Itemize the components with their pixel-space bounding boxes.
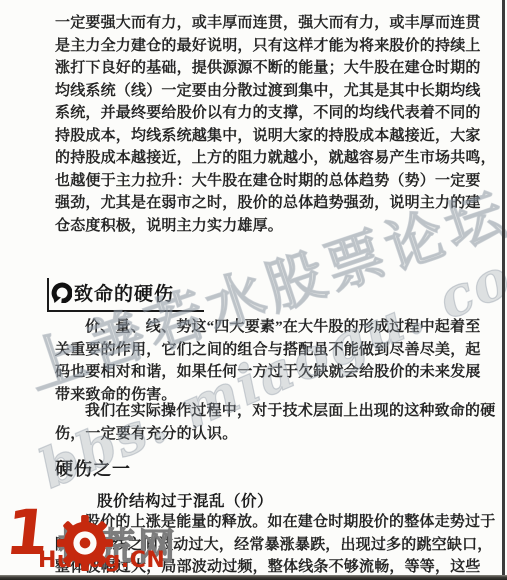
- text-line: 仓态度积极，说明主力实力雄厚。: [55, 215, 479, 238]
- site-logo: 捡荒网 1 Hunag.CN: [0, 500, 260, 580]
- scanned-book-page: 一定要强大而有力，或丰厚而连贯，强大而有力，或丰厚而连贯 是主力全力建仓的最好说…: [0, 0, 507, 580]
- circular-arrow-icon: [51, 282, 72, 303]
- paragraph-3: 我们在实际操作过程中，对于技术层面上出现的这种致命的硬 伤，一定要有充分的认识。: [55, 400, 479, 445]
- text-line: 是主力全力建仓的最好说明，只有这样才能为将来股价的持续上: [55, 35, 479, 58]
- text-line: 关重要的作用，它们之间的组合与搭配虽不能做到尽善尽美，起: [55, 339, 479, 362]
- text-line: 价、量、线、势这“四大要素”在大牛股的形成过程中起着至: [55, 316, 479, 339]
- text-line: 码也要相对和谐，如果任何一方过于欠缺就会给股价的未来发展: [55, 361, 479, 384]
- section-heading: 致命的硬伤: [47, 278, 204, 312]
- text-line: 涨打下良好的基础，提供源源不断的能量；大牛股在建仓时期的: [55, 57, 479, 80]
- paragraph-2: 价、量、线、势这“四大要素”在大牛股的形成过程中起着至 关重要的作用，它们之间的…: [55, 316, 479, 406]
- scan-edge-right: [502, 0, 505, 580]
- text-line: 持股成本，均线系统越集中，说明大家的持股成本越接近，大家: [55, 125, 479, 148]
- section-title: 致命的硬伤: [74, 279, 174, 306]
- text-line: 一定要强大而有力，或丰厚而连贯，强大而有力，或丰厚而连贯: [55, 12, 479, 35]
- text-line: 的持股成本越接近，上方的阻力就越小，就越容易产生市场共鸣，: [55, 147, 479, 170]
- paragraph-1: 一定要强大而有力，或丰厚而连贯，强大而有力，或丰厚而连贯 是主力全力建仓的最好说…: [55, 12, 479, 237]
- text-line: 伤，一定要有充分的认识。: [55, 423, 479, 446]
- text-line: 也越便于主力拉升：大牛股在建仓时期的总体趋势（势）一定要: [55, 170, 479, 193]
- logo-site-text: Hunag.CN: [38, 548, 165, 573]
- text-line: 强劲，尤其是在弱市之时，股价的总体趋势强劲，说明主力的建: [55, 192, 479, 215]
- text-line: 系统，并最终要给股价以有力的支撑，不同的均线代表着不同的: [55, 102, 479, 125]
- subsection-heading: 硬伤之一: [55, 455, 131, 481]
- text-line: 我们在实际操作过程中，对于技术层面上出现的这种致命的硬: [55, 400, 479, 423]
- text-line: 均线系统（线）一定要由分散过渡到集中，尤其是其中长期均线: [55, 80, 479, 103]
